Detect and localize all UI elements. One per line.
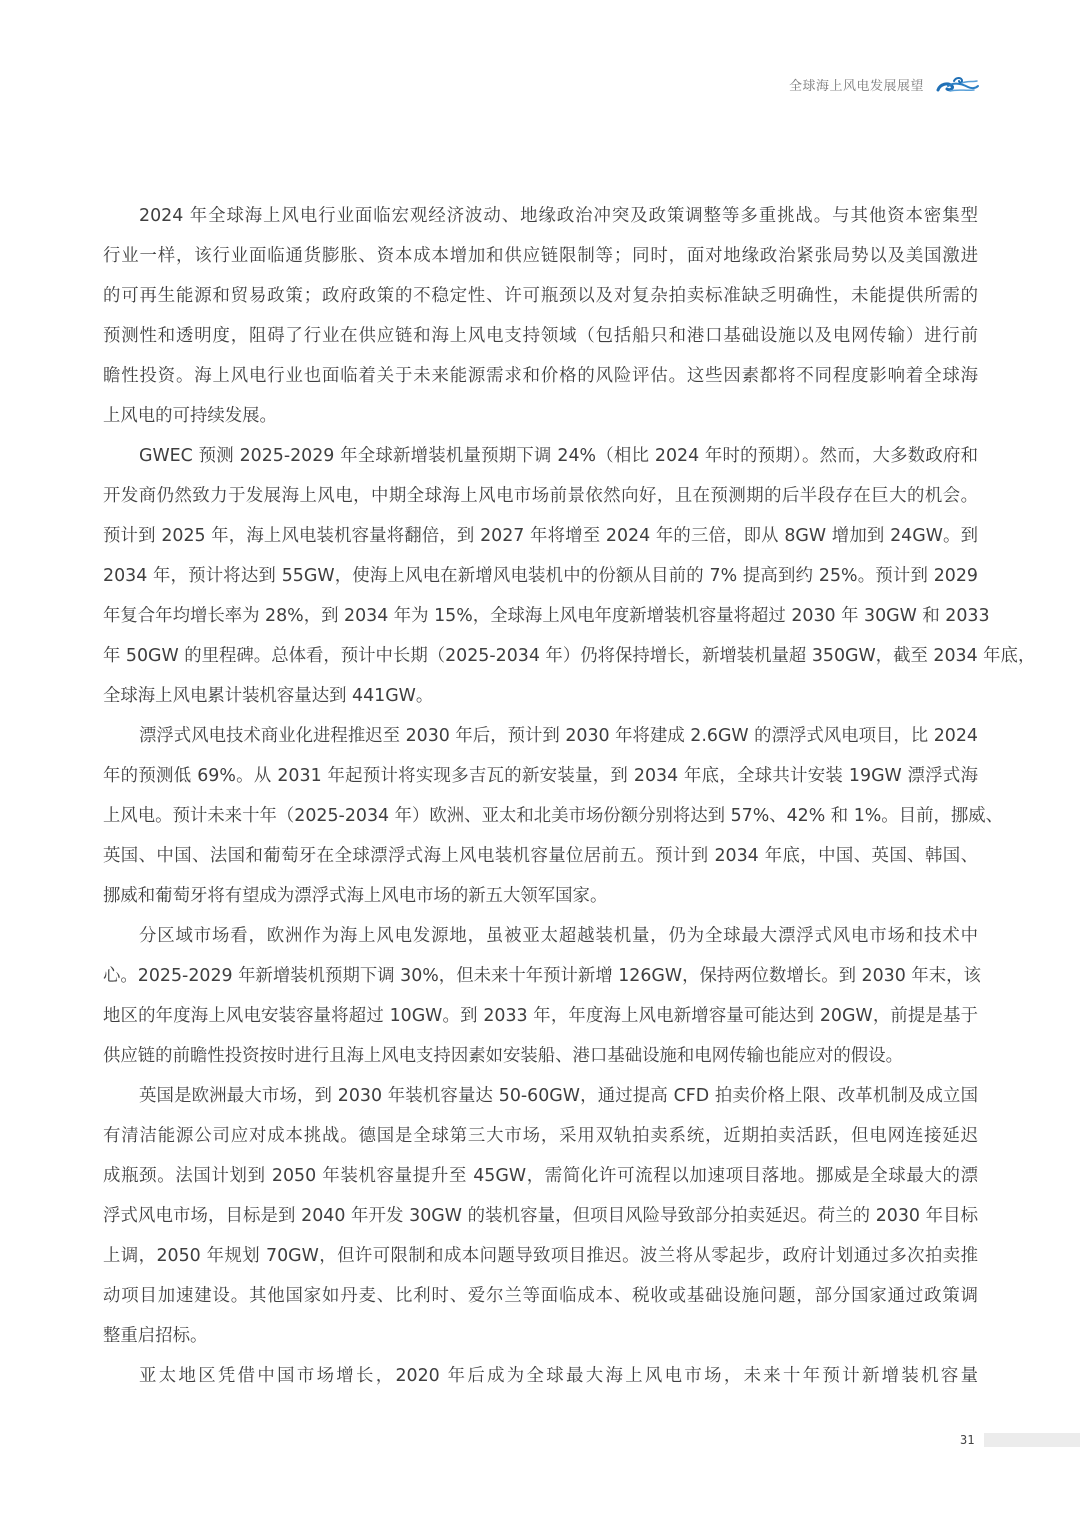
text-line: 上风电的可持续发展。 bbox=[103, 400, 978, 440]
text-line: 的可再生能源和贸易政策；政府政策的不稳定性、许可瓶颈以及对复杂拍卖标准缺乏明确性… bbox=[103, 280, 978, 320]
text-line: 上风电。预计未来十年（2025-2034 年）欧洲、亚太和北美市场份额分别将达到… bbox=[103, 800, 978, 840]
paragraph-europe-market: 分区域市场看，欧洲作为海上风电发源地，虽被亚太超越装机量，仍为全球最大漂浮式风电… bbox=[103, 920, 978, 1080]
paragraph-floating-wind: 漂浮式风电技术商业化进程推迟至 2030 年后，预计到 2030 年将建成 2.… bbox=[103, 720, 978, 920]
text-line: 2024 年全球海上风电行业面临宏观经济波动、地缘政治冲突及政策调整等多重挑战。… bbox=[103, 200, 978, 240]
paragraph-industry-challenges: 2024 年全球海上风电行业面临宏观经济波动、地缘政治冲突及政策调整等多重挑战。… bbox=[103, 200, 978, 440]
text-line: 动项目加速建设。其他国家如丹麦、比利时、爱尔兰等面临成本、税收或基础设施问题，部… bbox=[103, 1280, 978, 1320]
wave-wind-icon bbox=[934, 72, 980, 96]
text-line: 瞻性投资。海上风电行业也面临着关于未来能源需求和价格的风险评估。这些因素都将不同… bbox=[103, 360, 978, 400]
footer-decorative-bar bbox=[984, 1433, 1080, 1447]
text-line: 挪威和葡萄牙将有望成为漂浮式海上风电市场的新五大领军国家。 bbox=[103, 880, 978, 920]
text-line: 开发商仍然致力于发展海上风电，中期全球海上风电市场前景依然向好，且在预测期的后半… bbox=[103, 480, 978, 520]
text-line: 英国、中国、法国和葡萄牙在全球漂浮式海上风电装机容量位居前五。预计到 2034 … bbox=[103, 840, 978, 880]
text-line: 成瓶颈。法国计划到 2050 年装机容量提升至 45GW，需简化许可流程以加速项… bbox=[103, 1160, 978, 1200]
text-line: 分区域市场看，欧洲作为海上风电发源地，虽被亚太超越装机量，仍为全球最大漂浮式风电… bbox=[103, 920, 978, 960]
text-line: 年复合年均增长率为 28%，到 2034 年为 15%，全球海上风电年度新增装机… bbox=[103, 600, 978, 640]
text-line: 浮式风电市场，目标是到 2040 年开发 30GW 的装机容量，但项目风险导致部… bbox=[103, 1200, 978, 1240]
paragraph-gwec-forecast: GWEC 预测 2025-2029 年全球新增装机量预期下调 24%（相比 20… bbox=[103, 440, 978, 720]
text-line: 亚太地区凭借中国市场增长，2020 年后成为全球最大海上风电市场，未来十年预计新… bbox=[103, 1360, 978, 1400]
page-header: 全球海上风电发展展望 bbox=[789, 70, 980, 98]
report-title: 全球海上风电发展展望 bbox=[789, 75, 924, 94]
body-text: 2024 年全球海上风电行业面临宏观经济波动、地缘政治冲突及政策调整等多重挑战。… bbox=[103, 200, 978, 1400]
text-line: 预计到 2025 年，海上风电装机容量将翻倍，到 2027 年将增至 2024 … bbox=[103, 520, 978, 560]
text-line: 漂浮式风电技术商业化进程推迟至 2030 年后，预计到 2030 年将建成 2.… bbox=[103, 720, 978, 760]
text-line: 供应链的前瞻性投资按时进行且海上风电支持因素如安装船、港口基础设施和电网传输也能… bbox=[103, 1040, 978, 1080]
text-line: 年 50GW 的里程碑。总体看，预计中长期（2025-2034 年）仍将保持增长… bbox=[103, 640, 978, 680]
text-line: 年的预测低 69%。从 2031 年起预计将实现多吉瓦的新安装量，到 2034 … bbox=[103, 760, 978, 800]
text-line: 2034 年，预计将达到 55GW，使海上风电在新增风电装机中的份额从目前的 7… bbox=[103, 560, 978, 600]
text-line: 英国是欧洲最大市场，到 2030 年装机容量达 50-60GW，通过提高 CFD… bbox=[103, 1080, 978, 1120]
text-line: 整重启招标。 bbox=[103, 1320, 978, 1360]
text-line: 全球海上风电累计装机容量达到 441GW。 bbox=[103, 680, 978, 720]
text-line: 有清洁能源公司应对成本挑战。德国是全球第三大市场，采用双轨拍卖系统，近期拍卖活跃… bbox=[103, 1120, 978, 1160]
page-footer: 31 bbox=[960, 1433, 1080, 1447]
text-line: 地区的年度海上风电安装容量将超过 10GW。到 2033 年，年度海上风电新增容… bbox=[103, 1000, 978, 1040]
text-line: 预测性和透明度，阻碍了行业在供应链和海上风电支持领域（包括船只和港口基础设施以及… bbox=[103, 320, 978, 360]
page-number: 31 bbox=[960, 1433, 984, 1447]
paragraph-asia-pacific: 亚太地区凭借中国市场增长，2020 年后成为全球最大海上风电市场，未来十年预计新… bbox=[103, 1360, 978, 1400]
paragraph-country-markets: 英国是欧洲最大市场，到 2030 年装机容量达 50-60GW，通过提高 CFD… bbox=[103, 1080, 978, 1360]
text-line: 上调，2050 年规划 70GW，但许可限制和成本问题导致项目推迟。波兰将从零起… bbox=[103, 1240, 978, 1280]
text-line: 行业一样，该行业面临通货膨胀、资本成本增加和供应链限制等；同时，面对地缘政治紧张… bbox=[103, 240, 978, 280]
text-line: 心。2025-2029 年新增装机预期下调 30%，但未来十年预计新增 126G… bbox=[103, 960, 978, 1000]
text-line: GWEC 预测 2025-2029 年全球新增装机量预期下调 24%（相比 20… bbox=[103, 440, 978, 480]
